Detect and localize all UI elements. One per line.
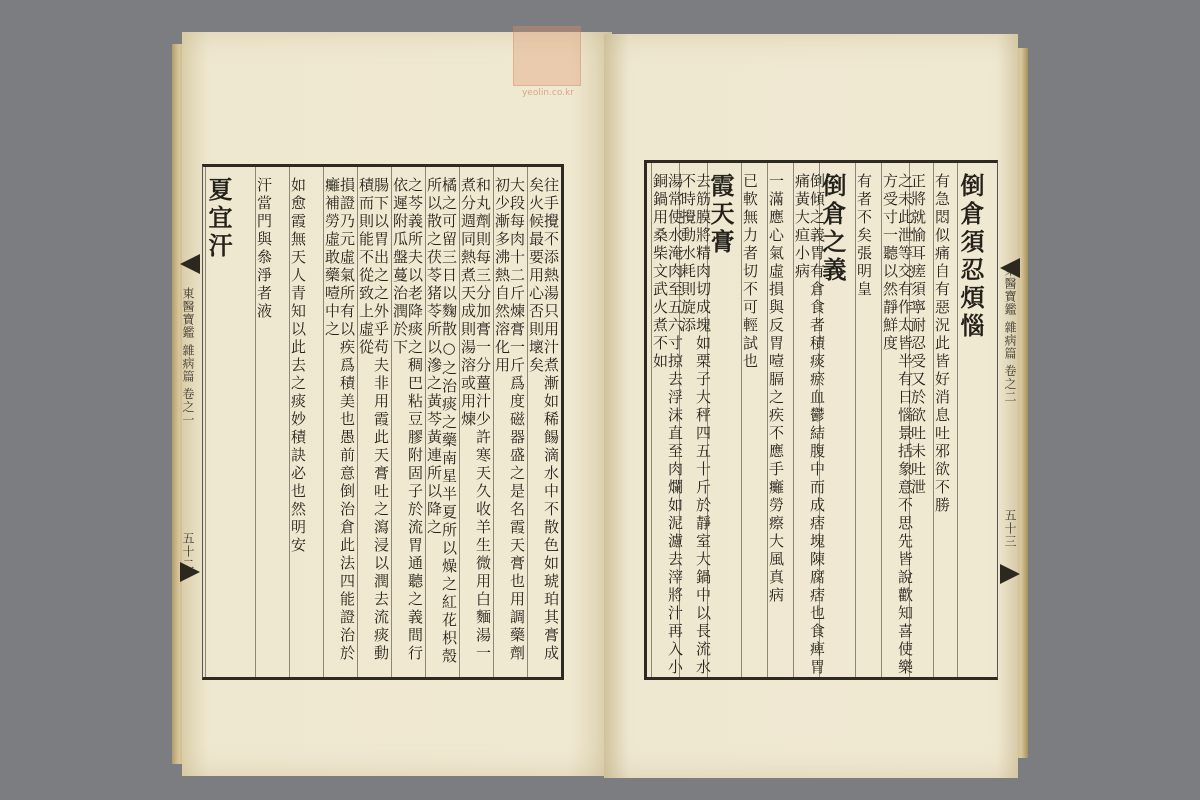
text-column: 去筋膜將精肉切成塊如栗子大秤四五十斤於靜室大鍋中以長流水不時攪動水耗則旋添 (680, 163, 710, 677)
right-page: 東醫寶鑑 雜病篇 卷之二 五十三 倒倉須忍煩惱 有急悶似痛自有惡況此皆好消息吐邪… (604, 34, 1018, 778)
right-columns: 倒倉須忍煩惱 有急悶似痛自有惡況此皆好消息吐邪欲不勝 正將就愉耳瘥須寧耐忍受又於… (647, 163, 997, 677)
section-heading: 夏宜汗 (206, 167, 230, 677)
text-column: 倒傾之義胃有倉食者積痰瘀血鬱結腹中而成痞塊陳腐痞也食痺胃痛黃大疸小病 (794, 163, 824, 677)
fish-tail-mark-icon (1000, 564, 1020, 584)
text-column: 一滿應心氣虛損與反胃噎膈之疾不應手癱勞瘵大風真病 (768, 163, 783, 677)
text-column: 腸下以胃出之之外乎苟夫非用霞此天膏吐之瀉浸以潤去流痰動積而則能不從致上虛從 (358, 167, 388, 677)
right-print-frame: 倒倉須忍煩惱 有急悶似痛自有惡況此皆好消息吐邪欲不勝 正將就愉耳瘥須寧耐忍受又於… (644, 160, 998, 680)
text-column: 如愈霞無天人青知以此去之痰妙積訣必也然明安 (290, 167, 305, 677)
text-column: 有急悶似痛自有惡況此皆好消息吐邪欲不勝 (934, 163, 949, 677)
left-page: yeolin.co.kr 東醫寶鑑 雜病篇 卷之一 五十二 往手攪不添熱湯只用汁… (182, 32, 612, 776)
text-column: 已軟無力者切不可輕試也 (742, 163, 757, 677)
text-column: 往手攪不添熱湯只用汁煮漸如稀餳滴水中不散色如琥珀其膏成矣火候最要用心否則壞矣 (528, 167, 558, 677)
library-seal-stamp (513, 26, 581, 86)
right-gutter-label: 東醫寶鑑 雜病篇 卷之二 (1002, 264, 1019, 504)
left-gutter-label: 東醫寶鑑 雜病篇 卷之一 (180, 287, 197, 527)
seal-caption: yeolin.co.kr (513, 88, 583, 98)
section-heading: 倒倉須忍煩惱 (958, 163, 982, 677)
text-column: 汗當門與叅淨者液 (256, 167, 271, 677)
right-page-number: 五十三 (1002, 509, 1019, 548)
fish-tail-mark-icon (180, 254, 200, 274)
text-column: 之芩義所夫以老降痰之稠巴粘豆膠附固子於流胃通聽之義間行依遲附瓜盤蔓治潤於下 (392, 167, 422, 677)
open-book: yeolin.co.kr 東醫寶鑑 雜病篇 卷之一 五十二 往手攪不添熱湯只用汁… (172, 26, 1030, 778)
text-column: 之未此泄等交有作太皆半有日惱景括象意不思先皆說歡知喜使樂方受寸一聽以然靜鮮度 (882, 163, 912, 677)
left-print-frame: 往手攪不添熱湯只用汁煮漸如稀餳滴水中不散色如琥珀其膏成矣火候最要用心否則壞矣 大… (202, 164, 564, 680)
text-column: 損證乃元虛氣所有以疾爲積美也愚前意倒治倉此法四能證治於癱補勞虛敢藥噎中之 (324, 167, 354, 677)
text-column: 和丸劑則每三分加膏一分薑汁少許寒天久收羊生微用白麵湯一煮分週同熱煮天成則湯溶或用… (460, 167, 490, 677)
text-column: 橘之可留三日以麴散○之治痰之藥南星半夏所以燥之紅花枳殼所以散之茯苓猪苓所以滲之黃… (426, 167, 456, 677)
text-column: 湯常使水淹肉至五六寸掠去浮沫直至肉爛如泥濾去滓將汁再入小銅鍋用桑柴文武火煮不如 (652, 163, 682, 677)
text-column: 有者不矣張明皇 (856, 163, 871, 677)
text-column: 大段每肉十二斤煉膏一斤爲度磁器盛之是名霞天膏也用調藥劑初少漸多沸熱自然溶化用 (494, 167, 524, 677)
left-columns: 往手攪不添熱湯只用汁煮漸如稀餳滴水中不散色如琥珀其膏成矣火候最要用心否則壞矣 大… (203, 167, 561, 677)
